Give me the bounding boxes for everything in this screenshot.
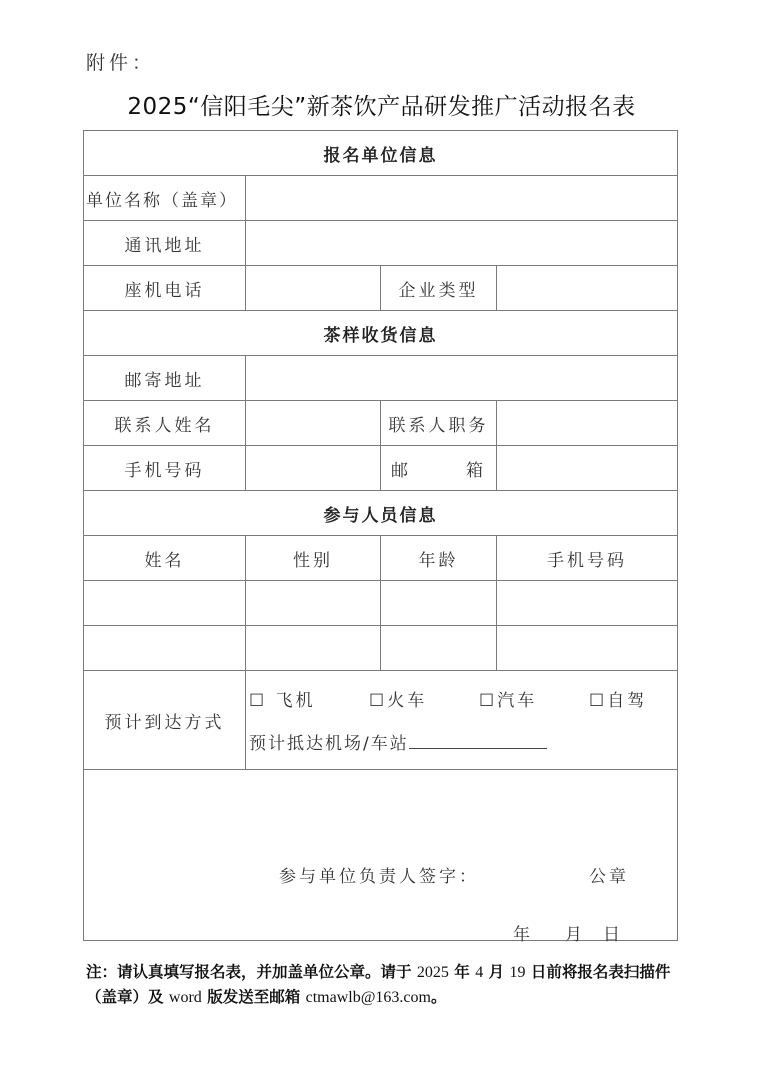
email-label: 邮 箱: [381, 446, 497, 491]
participants-header-row: 姓名 性别 年龄 手机号码: [84, 536, 678, 581]
signer-label: 参与单位负责人签字：: [279, 862, 479, 887]
arrival-options-cell: ☐ 飞机 ☐火车 ☐汽车 ☐自驾 预计抵达机场/车站: [246, 671, 678, 770]
unit-name-label: 单位名称（盖章）: [84, 176, 246, 221]
column-header-name: 姓名: [84, 536, 246, 581]
participant-row: [84, 581, 678, 626]
row-mailing-address: 邮寄地址: [84, 356, 678, 401]
landline-label: 座机电话: [84, 266, 246, 311]
arrival-station-field[interactable]: [409, 732, 547, 749]
option-bus[interactable]: ☐汽车: [479, 686, 589, 711]
company-type-label: 企业类型: [381, 266, 497, 311]
section-row-participants: 参与人员信息: [84, 491, 678, 536]
row-signature: 参与单位负责人签字： 公章 年 月 日: [84, 770, 678, 941]
option-self-drive[interactable]: ☐自驾: [589, 686, 647, 711]
date-year: 年: [499, 920, 547, 945]
email-label-char-1: 邮: [391, 456, 411, 481]
row-address: 通讯地址: [84, 221, 678, 266]
option-label: 自驾: [607, 691, 647, 711]
checkbox-icon[interactable]: ☐: [369, 691, 387, 711]
row-arrival: 预计到达方式 ☐ 飞机 ☐火车 ☐汽车 ☐自驾 预计抵达机场/车站: [84, 671, 678, 770]
mobile-label: 手机号码: [84, 446, 246, 491]
date-day: 日: [603, 920, 623, 945]
column-header-mobile: 手机号码: [497, 536, 678, 581]
column-header-gender: 性别: [246, 536, 381, 581]
company-type-field[interactable]: [497, 266, 678, 311]
landline-field[interactable]: [246, 266, 381, 311]
note-text: 。: [431, 988, 447, 1006]
row-unit-name: 单位名称（盖章）: [84, 176, 678, 221]
checkbox-icon[interactable]: ☐: [479, 691, 497, 711]
participant-row: [84, 626, 678, 671]
contact-name-field[interactable]: [246, 401, 381, 446]
option-label: 汽车: [497, 691, 537, 711]
checkbox-icon[interactable]: ☐: [589, 691, 607, 711]
section-heading-unit-info: 报名单位信息: [84, 131, 678, 176]
participant-mobile-field[interactable]: [497, 626, 678, 671]
unit-name-field[interactable]: [246, 176, 678, 221]
participant-age-field[interactable]: [381, 626, 497, 671]
note-month: 4: [475, 964, 483, 981]
address-field[interactable]: [246, 221, 678, 266]
note-text: 年: [449, 963, 475, 981]
participant-name-field[interactable]: [84, 581, 246, 626]
participant-gender-field[interactable]: [246, 581, 381, 626]
note-text: 月: [483, 963, 509, 981]
section-row-unit-info: 报名单位信息: [84, 131, 678, 176]
mobile-field[interactable]: [246, 446, 381, 491]
address-label: 通讯地址: [84, 221, 246, 266]
arrival-station-line: 预计抵达机场/车站: [249, 729, 677, 754]
option-plane[interactable]: ☐ 飞机: [249, 686, 369, 711]
note-text: 版发送至邮箱: [202, 988, 306, 1006]
contact-title-field[interactable]: [497, 401, 678, 446]
mailing-address-field[interactable]: [246, 356, 678, 401]
row-mobile: 手机号码 邮 箱: [84, 446, 678, 491]
section-row-sample-receipt: 茶样收货信息: [84, 311, 678, 356]
footer-note: 注：请认真填写报名表，并加盖单位公章。请于 2025 年 4 月 19 日前将报…: [86, 960, 686, 1010]
participant-name-field[interactable]: [84, 626, 246, 671]
option-label: 火车: [387, 691, 427, 711]
signature-cell: 参与单位负责人签字： 公章 年 月 日: [84, 770, 678, 941]
date-line: 年 月 日: [499, 920, 623, 945]
participant-gender-field[interactable]: [246, 626, 381, 671]
section-heading-sample-receipt: 茶样收货信息: [84, 311, 678, 356]
contact-title-label: 联系人职务: [381, 401, 497, 446]
checkbox-icon[interactable]: ☐: [249, 691, 267, 711]
note-year: 2025: [417, 964, 449, 981]
note-email[interactable]: ctmawlb@163.com: [306, 989, 431, 1006]
note-day: 19: [510, 964, 526, 981]
section-heading-participants: 参与人员信息: [84, 491, 678, 536]
arrival-station-label: 预计抵达机场/车站: [249, 734, 409, 754]
mailing-address-label: 邮寄地址: [84, 356, 246, 401]
participant-mobile-field[interactable]: [497, 581, 678, 626]
email-label-char-2: 箱: [466, 456, 486, 481]
option-train[interactable]: ☐火车: [369, 686, 479, 711]
seal-label: 公章: [589, 862, 629, 887]
arrival-options: ☐ 飞机 ☐火车 ☐汽车 ☐自驾: [249, 686, 677, 711]
page-title: 2025“信阳毛尖”新茶饮产品研发推广活动报名表: [0, 88, 763, 121]
contact-name-label: 联系人姓名: [84, 401, 246, 446]
row-landline: 座机电话 企业类型: [84, 266, 678, 311]
row-contact-name: 联系人姓名 联系人职务: [84, 401, 678, 446]
date-month: 月: [547, 920, 603, 945]
column-header-age: 年龄: [381, 536, 497, 581]
registration-form-table: 报名单位信息 单位名称（盖章） 通讯地址 座机电话 企业类型 茶样收货信息 邮寄…: [83, 130, 678, 941]
option-label: 飞机: [267, 691, 315, 711]
note-word: word: [169, 989, 202, 1006]
attachment-label: 附件：: [86, 48, 155, 75]
arrival-label: 预计到达方式: [84, 671, 246, 770]
note-text: 注：请认真填写报名表，并加盖单位公章。请于: [86, 963, 417, 981]
participant-age-field[interactable]: [381, 581, 497, 626]
email-field[interactable]: [497, 446, 678, 491]
